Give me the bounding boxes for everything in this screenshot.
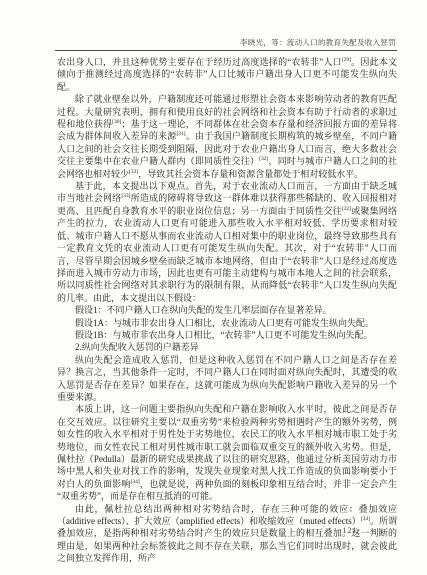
citation-marker: [33] bbox=[121, 193, 130, 199]
citation-marker: [29] bbox=[342, 57, 351, 63]
citation-marker: [34] bbox=[361, 516, 370, 522]
page-number: ·121· bbox=[339, 526, 361, 535]
citation-marker: [32] bbox=[342, 206, 351, 212]
citation-marker: [34] bbox=[131, 479, 140, 485]
citation-marker: [31] bbox=[176, 131, 185, 137]
paragraph-interaction: 本质上讲，这一问题主要指纵向失配和户籍在影响收入水平时，彼此之间是否存在交互效应… bbox=[57, 403, 397, 502]
paragraph-penalty-question: 纵向失配会造成收入惩罚，但是这种收入惩罚在不同户籍人口之间是否存在差异？换言之，… bbox=[57, 354, 397, 404]
hypothesis-1a: 假设1A：与城市非农出身人口相比，农业流动人口更有可能发生纵向失配。 bbox=[57, 317, 397, 329]
running-head-title: 李晓光，等：流动人口的教育失配及收入惩罚 bbox=[240, 37, 396, 48]
citation-marker: [33] bbox=[129, 169, 138, 175]
body-text: 农出身人口，并且这种优势主要存在于经历过高度选择的“农转非”人口[29]。因此本… bbox=[57, 56, 397, 565]
paragraph-continuation: 农出身人口，并且这种优势主要存在于经历过高度选择的“农转非”人口[29]。因此本… bbox=[57, 56, 397, 93]
paragraph-viewpoints: 基于此，本文提出以下观点。首先，对于农业流动人口而言，一方面由于缺乏城市当地社会… bbox=[57, 180, 397, 304]
hypothesis-1: 假设1：不同户籍人口在纵向失配的发生几率层面存在显著差异。 bbox=[57, 304, 397, 316]
citation-marker: [32] bbox=[259, 156, 268, 162]
journal-page: 李晓光，等：流动人口的教育失配及收入惩罚 农出身人口，并且这种优势主要存在于经历… bbox=[0, 0, 427, 575]
citation-marker: [30] bbox=[112, 119, 121, 125]
header-rule bbox=[55, 50, 397, 51]
paragraph-social-capital: 除了就业壁垒以外，户籍制度还可能通过形塑社会资本来影响劳动者的教育匹配过程。大量… bbox=[57, 93, 397, 180]
section-heading-2: 2.纵向失配收入惩罚的户籍差异 bbox=[57, 341, 397, 353]
hypothesis-1b: 假设1B：与城市非农出身人口相比，“农转非”人口更不可能发生纵向失配。 bbox=[57, 329, 397, 341]
